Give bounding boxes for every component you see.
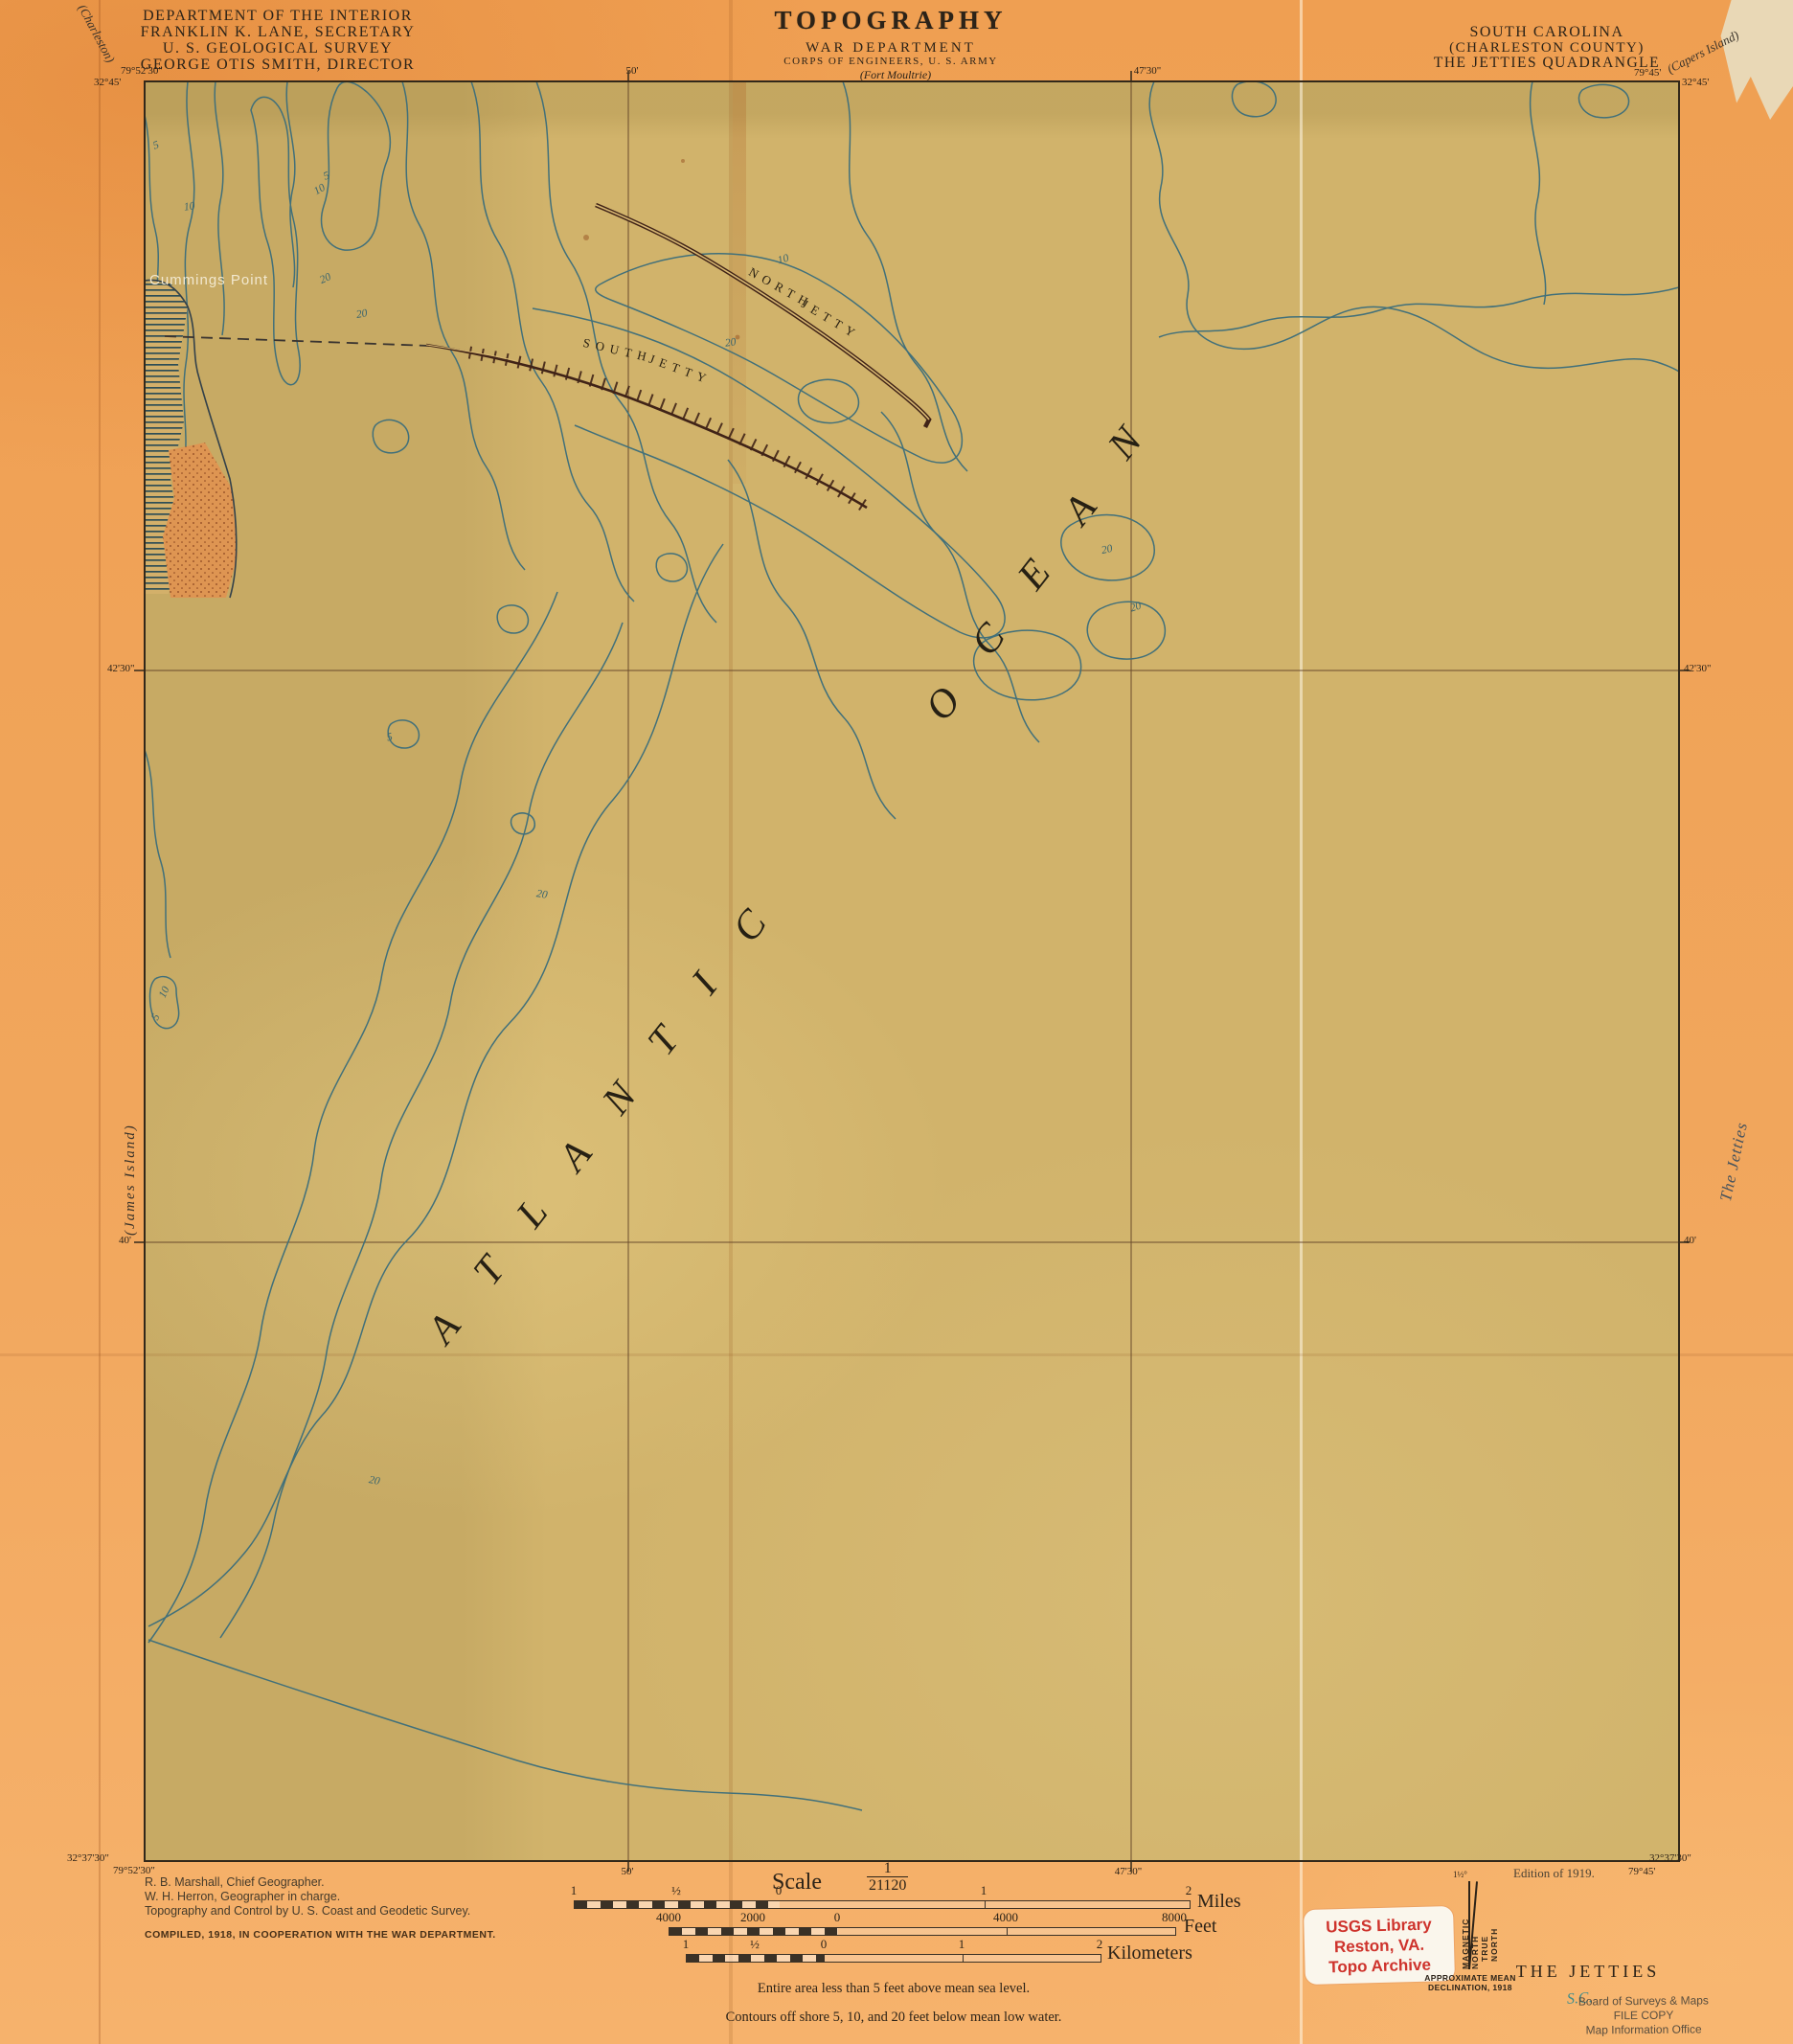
- km-unit: Kilometers: [1107, 1942, 1192, 1965]
- coord-bottom-right-lat: 32°37'30": [1649, 1852, 1691, 1864]
- board-stamp-line-3: Map Information Office: [1557, 2022, 1730, 2038]
- map-series-title: TOPOGRAPHY: [774, 6, 1007, 35]
- scale-ratio: 1 21120: [867, 1860, 908, 1894]
- corps-of-engineers-label: CORPS OF ENGINEERS, U. S. ARMY: [783, 56, 997, 67]
- war-department-label: WAR DEPARTMENT: [806, 40, 976, 57]
- paper-stains: [583, 159, 739, 339]
- km-tick: 0: [821, 1937, 828, 1952]
- feet-scale-bar: [669, 1927, 1176, 1936]
- declination-caption-2: DECLINATION, 1918: [1413, 1983, 1528, 1992]
- agency-line-2: FRANKLIN K. LANE, SECRETARY: [115, 24, 441, 40]
- coord-bottom-tick-47: 47'30": [1115, 1866, 1142, 1877]
- miles-tick: 1: [571, 1883, 578, 1898]
- coord-top-left-lat: 32°45': [94, 77, 121, 88]
- graticule-grid: [145, 81, 1679, 1861]
- credit-line-3: Topography and Control by U. S. Coast an…: [145, 1904, 470, 1919]
- fort-moultrie-label: (Fort Moultrie): [860, 68, 931, 82]
- feet-unit: Feet: [1184, 1916, 1216, 1938]
- coord-left-tick-40: 40': [119, 1235, 131, 1246]
- coord-top-right-lon: 79°45': [1634, 67, 1661, 79]
- agency-line-4: GEORGE OTIS SMITH, DIRECTOR: [115, 57, 441, 73]
- km-scale-bar: [686, 1954, 1101, 1963]
- board-stamp-line-1: Board of Surveys & Maps: [1557, 1993, 1730, 2010]
- km-tick: 1: [683, 1937, 690, 1952]
- edition-label: Edition of 1919.: [1513, 1866, 1595, 1881]
- compiled-note: COMPILED, 1918, IN COOPERATION WITH THE …: [145, 1929, 496, 1941]
- miles-tick: 0: [776, 1883, 783, 1898]
- coord-right-tick-42: 42'30": [1684, 663, 1711, 674]
- state-label: SOUTH CAROLINA: [1394, 25, 1700, 40]
- board-stamp-line-2: FILE COPY: [1557, 2008, 1730, 2024]
- scale-ratio-numerator: 1: [884, 1860, 892, 1876]
- km-tick: 1: [959, 1937, 965, 1952]
- coord-top-left-lon: 79°52'30": [121, 65, 163, 77]
- contour-label-20: 20: [535, 888, 548, 900]
- contour-label-10: 10: [183, 200, 195, 213]
- county-label: (CHARLESTON COUNTY): [1394, 40, 1700, 56]
- adjoining-quad-w: (James Island): [123, 1124, 139, 1236]
- declination-caption-1: APPROXIMATE MEAN: [1413, 1973, 1528, 1983]
- km-tick: ½: [750, 1937, 760, 1952]
- true-north-label: TRUE NORTH: [1480, 1928, 1499, 1962]
- depth-contours: [144, 81, 1679, 1810]
- coord-bottom-left-lat: 32°37'30": [67, 1852, 109, 1864]
- magnetic-north-label: MAGNETIC NORTH: [1461, 1919, 1480, 1969]
- graticule-edge-ticks: [134, 71, 1690, 1872]
- km-tick: 2: [1097, 1937, 1103, 1952]
- coord-top-tick-47: 47'30": [1134, 65, 1161, 77]
- credit-line-2: W. H. Herron, Geographer in charge.: [145, 1890, 470, 1904]
- map-neatline: [145, 81, 1679, 1861]
- miles-tick: ½: [671, 1883, 681, 1898]
- map-artwork: [0, 0, 1793, 2044]
- coord-left-tick-42: 42'30": [107, 663, 134, 674]
- coord-bottom-right-lon: 79°45': [1628, 1866, 1655, 1877]
- contour-label-20: 20: [724, 336, 737, 349]
- south-jetty-line: [426, 345, 867, 508]
- sea-level-note: Entire area less than 5 feet above mean …: [758, 1981, 1030, 1997]
- miles-scale-bar: [574, 1900, 1191, 1909]
- scanned-topo-map: DEPARTMENT OF THE INTERIOR FRANKLIN K. L…: [0, 0, 1793, 2044]
- contour-label-20: 20: [1101, 543, 1114, 556]
- board-of-surveys-stamp: Board of Surveys & Maps FILE COPY Map In…: [1557, 1993, 1730, 2038]
- feet-tick: 4000: [656, 1910, 681, 1925]
- declination-angle: 1½°: [1453, 1870, 1467, 1879]
- coord-bottom-tick-50: 50': [622, 1866, 634, 1877]
- north-jetty-line: [596, 205, 929, 427]
- coord-top-tick-50: 50': [626, 65, 639, 77]
- coord-top-right-lat: 32°45': [1682, 77, 1709, 88]
- feet-tick: 0: [834, 1910, 841, 1925]
- cummings-point-label: Cummings Point: [149, 272, 268, 288]
- credit-line-1: R. B. Marshall, Chief Geographer.: [145, 1875, 470, 1890]
- scale-ratio-denominator: 21120: [867, 1876, 908, 1894]
- feet-tick: 2000: [740, 1910, 765, 1925]
- contour-note: Contours off shore 5, 10, and 20 feet be…: [726, 2010, 1062, 2026]
- coord-right-tick-40: 40': [1684, 1235, 1696, 1246]
- agency-line-1: DEPARTMENT OF THE INTERIOR: [115, 8, 441, 24]
- contour-label-20: 20: [355, 307, 368, 321]
- miles-unit: Miles: [1197, 1891, 1241, 1913]
- miles-tick: 2: [1186, 1883, 1192, 1898]
- miles-tick: 1: [981, 1883, 987, 1898]
- feet-tick: 4000: [993, 1910, 1018, 1925]
- sheet-name: THE JETTIES: [1516, 1962, 1660, 1982]
- declination-diagram: 1½° MAGNETIC NORTH TRUE NORTH APPROXIMAT…: [1430, 1870, 1510, 1994]
- contour-label-20: 20: [368, 1474, 380, 1488]
- agency-line-3: U. S. GEOLOGICAL SURVEY: [115, 40, 441, 57]
